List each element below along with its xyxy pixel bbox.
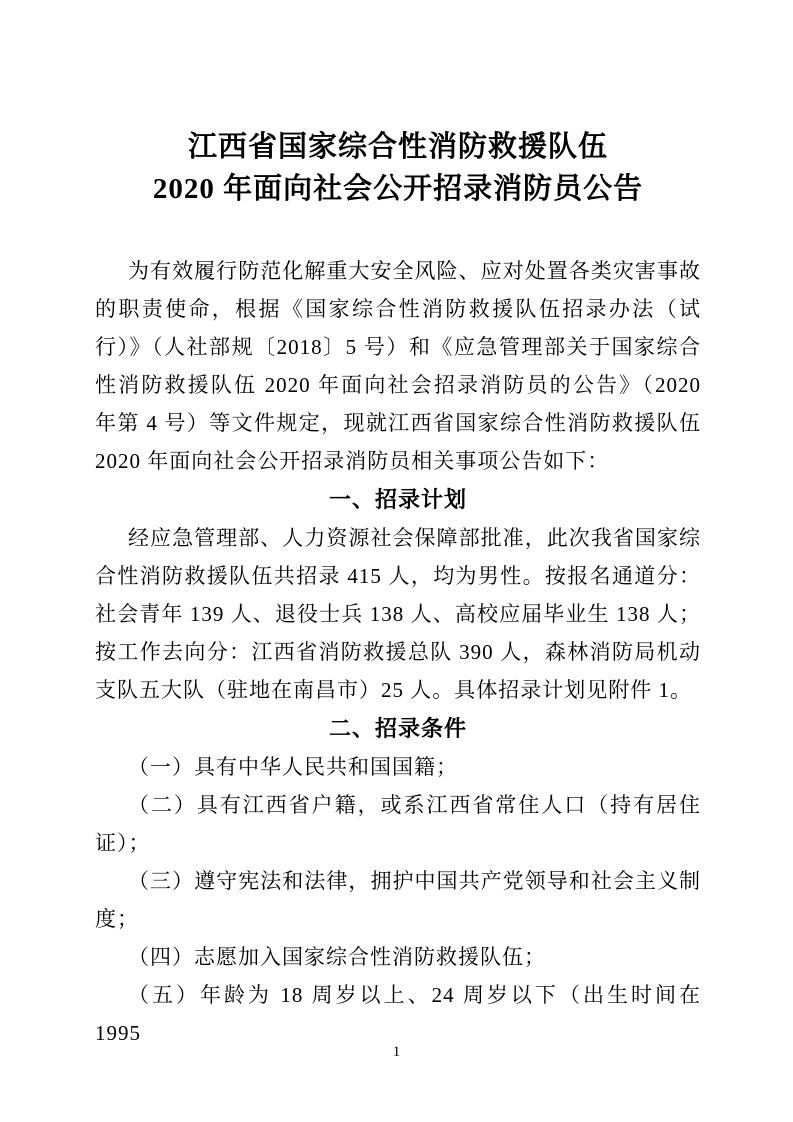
document-title: 江西省国家综合性消防救援队伍 2020 年面向社会公开招录消防员公告 [95,126,701,210]
condition-item-4: （四）志愿加入国家综合性消防救援队伍； [95,938,701,976]
document-page: 江西省国家综合性消防救援队伍 2020 年面向社会公开招录消防员公告 为有效履行… [0,0,793,1122]
section-2-heading: 二、招录条件 [95,709,701,748]
section-1-paragraph: 经应急管理部、人力资源社会保障部批准，此次我省国家综合性消防救援队伍共招录 41… [95,519,701,709]
condition-item-2: （二）具有江西省户籍，或系江西省常住人口（持有居住证）； [95,786,701,862]
condition-item-5: （五）年龄为 18 周岁以上、24 周岁以下（出生时间在 1995 [95,976,701,1052]
intro-paragraph: 为有效履行防范化解重大安全风险、应对处置各类灾害事故的职责使命，根据《国家综合性… [95,252,701,480]
condition-item-3: （三）遵守宪法和法律，拥护中国共产党领导和社会主义制度； [95,862,701,938]
document-content: 江西省国家综合性消防救援队伍 2020 年面向社会公开招录消防员公告 为有效履行… [95,126,701,1052]
section-1-heading: 一、招录计划 [95,480,701,519]
page-number: 1 [0,1044,793,1060]
document-title-line1: 江西省国家综合性消防救援队伍 [95,126,701,168]
document-title-line2: 2020 年面向社会公开招录消防员公告 [95,168,701,210]
condition-item-1: （一）具有中华人民共和国国籍； [95,748,701,786]
